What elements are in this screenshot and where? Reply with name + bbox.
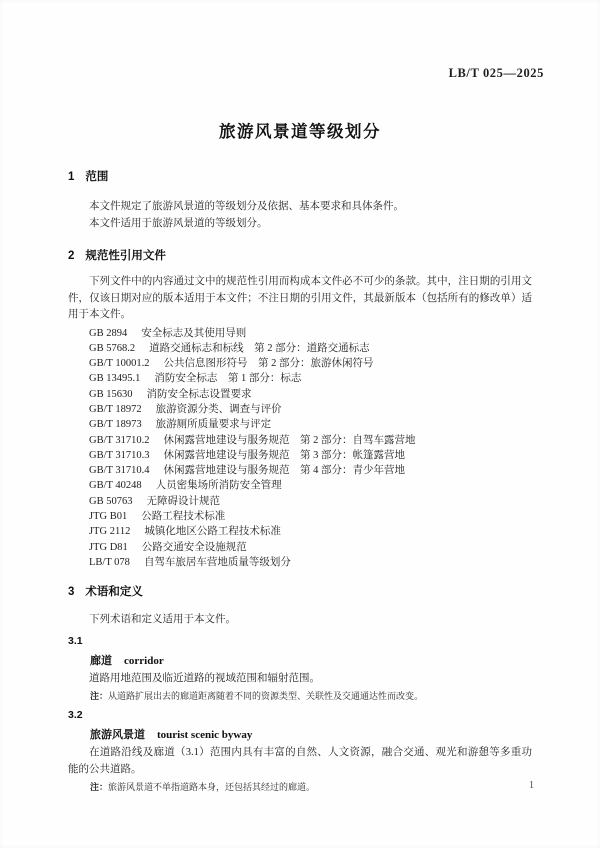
reference-title: 旅游资源分类、调查与评价	[156, 404, 282, 415]
reference-item: JTG D81公路交通安全设施规范	[89, 540, 532, 555]
term-zh: 旅游风景道	[90, 729, 145, 741]
section-title: 范围	[85, 171, 108, 183]
reference-code: GB/T 18973	[89, 419, 142, 430]
reference-item: GB/T 31710.4休闲露营地建设与服务规范 第 4 部分：青少年营地	[89, 463, 532, 478]
normative-references-intro: 下列文件中的内容通过文中的规范性引用而构成本文件必不可少的条款。其中，注日期的引…	[68, 274, 532, 324]
section-3-heading: 3术语和定义	[68, 583, 532, 599]
section-number: 1	[68, 171, 74, 183]
document-title: 旅游风景道等级划分	[0, 118, 600, 142]
reference-code: GB/T 31710.2	[89, 435, 149, 446]
section-2-heading: 2规范性引用文件	[68, 247, 532, 263]
note-text: 旅游风景道不单指道路本身，还包括其经过的廊道。	[108, 782, 315, 792]
reference-item: GB 2894安全标志及其使用导则	[89, 326, 532, 341]
reference-title: 消防安全标志 第 1 部分：标志	[154, 373, 301, 384]
reference-item: GB/T 31710.2休闲露营地建设与服务规范 第 2 部分：自驾车露营地	[89, 433, 532, 448]
reference-title: 休闲露营地建设与服务规范 第 3 部分：帐篷露营地	[163, 450, 405, 461]
reference-item: GB/T 31710.3休闲露营地建设与服务规范 第 3 部分：帐篷露营地	[89, 448, 532, 463]
section-1-heading: 1范围	[68, 168, 532, 184]
section-number: 3	[68, 586, 74, 598]
reference-title: 道路交通标志和标线 第 2 部分：道路交通标志	[149, 343, 370, 354]
term-en: corridor	[124, 655, 164, 667]
reference-title: 无障碍设计规范	[146, 496, 220, 507]
page-number: 1	[529, 780, 534, 791]
reference-code: GB/T 10001.2	[89, 358, 149, 369]
reference-item: GB/T 10001.2公共信息图形符号 第 2 部分：旅游休闲符号	[89, 356, 532, 371]
reference-title: 消防安全标志设置要求	[146, 389, 251, 400]
reference-item: GB 15630消防安全标志设置要求	[89, 387, 532, 402]
reference-item: GB/T 18972旅游资源分类、调查与评价	[89, 402, 532, 417]
reference-code: GB 5768.2	[89, 343, 135, 354]
reference-code: GB 13495.1	[89, 373, 140, 384]
reference-code: JTG D81	[89, 542, 128, 553]
reference-code: GB 15630	[89, 389, 132, 400]
term-3-2: 旅游风景道tourist scenic byway	[68, 726, 532, 742]
term-zh: 廊道	[90, 655, 112, 667]
reference-code: JTG 2112	[89, 526, 130, 537]
note-text: 从道路扩展出去的廊道距离随着不同的资源类型、关联性及交通通达性而改变。	[108, 691, 423, 701]
reference-item: GB/T 18973旅游厕所质量要求与评定	[89, 417, 532, 432]
reference-title: 公路交通安全设施规范	[142, 542, 247, 553]
reference-code: LB/T 078	[89, 557, 130, 568]
reference-title: 公路工程技术标准	[141, 511, 225, 522]
reference-item: GB 5768.2道路交通标志和标线 第 2 部分：道路交通标志	[89, 341, 532, 356]
term-en: tourist scenic byway	[157, 729, 252, 741]
term-3-1-note: 注：从道路扩展出去的廊道距离随着不同的资源类型、关联性及交通通达性而改变。	[90, 690, 532, 703]
reference-title: 城镇化地区公路工程技术标准	[144, 526, 281, 537]
reference-item: JTG 2112城镇化地区公路工程技术标准	[89, 524, 532, 539]
document-body: 1范围 本文件规定了旅游风景道的等级划分及依据、基本要求和具体条件。 本文件适用…	[68, 168, 532, 794]
note-label: 注：	[90, 691, 108, 701]
reference-code: GB/T 31710.4	[89, 465, 149, 476]
note-label: 注：	[90, 782, 108, 792]
term-3-1-definition: 道路用地范围及临近道路的视域范围和辐射范围。	[68, 671, 532, 688]
reference-title: 人员密集场所消防安全管理	[156, 480, 282, 491]
standard-number: LB/T 025—2025	[449, 66, 544, 81]
reference-item: LB/T 078自驾车旅居车营地质量等级划分	[89, 555, 532, 570]
scope-paragraph-2: 本文件适用于旅游风景道的等级划分。	[68, 216, 532, 233]
term-3-2-note: 注：旅游风景道不单指道路本身，还包括其经过的廊道。	[90, 781, 532, 794]
reference-item: GB 13495.1消防安全标志 第 1 部分：标志	[89, 371, 532, 386]
reference-item: JTG B01公路工程技术标准	[89, 509, 532, 524]
clause-number-3-2: 3.2	[68, 709, 532, 721]
terms-intro: 下列术语和定义适用于本文件。	[68, 612, 532, 629]
normative-references-list: GB 2894安全标志及其使用导则 GB 5768.2道路交通标志和标线 第 2…	[68, 326, 532, 571]
term-3-1: 廊道corridor	[68, 652, 532, 668]
section-title: 规范性引用文件	[85, 250, 166, 262]
reference-code: GB/T 40248	[89, 480, 142, 491]
reference-title: 休闲露营地建设与服务规范 第 4 部分：青少年营地	[163, 465, 405, 476]
section-title: 术语和定义	[85, 586, 143, 598]
reference-code: GB 2894	[89, 328, 127, 339]
section-number: 2	[68, 250, 74, 262]
reference-title: 旅游厕所质量要求与评定	[156, 419, 272, 430]
reference-code: GB/T 18972	[89, 404, 142, 415]
reference-code: GB 50763	[89, 496, 132, 507]
reference-item: GB 50763无障碍设计规范	[89, 494, 532, 509]
reference-title: 休闲露营地建设与服务规范 第 2 部分：自驾车露营地	[163, 435, 415, 446]
reference-title: 安全标志及其使用导则	[141, 328, 246, 339]
reference-code: GB/T 31710.3	[89, 450, 149, 461]
reference-item: GB/T 40248人员密集场所消防安全管理	[89, 478, 532, 493]
term-3-2-definition: 在道路沿线及廊道（3.1）范围内具有丰富的自然、人文资源，融合交通、观光和游憩等…	[68, 745, 532, 778]
scope-paragraph-1: 本文件规定了旅游风景道的等级划分及依据、基本要求和具体条件。	[68, 199, 532, 216]
document-page: LB/T 025—2025 旅游风景道等级划分 1范围 本文件规定了旅游风景道的…	[0, 0, 600, 848]
reference-title: 自驾车旅居车营地质量等级划分	[144, 557, 291, 568]
reference-code: JTG B01	[89, 511, 127, 522]
clause-number-3-1: 3.1	[68, 635, 532, 647]
reference-title: 公共信息图形符号 第 2 部分：旅游休闲符号	[163, 358, 373, 369]
